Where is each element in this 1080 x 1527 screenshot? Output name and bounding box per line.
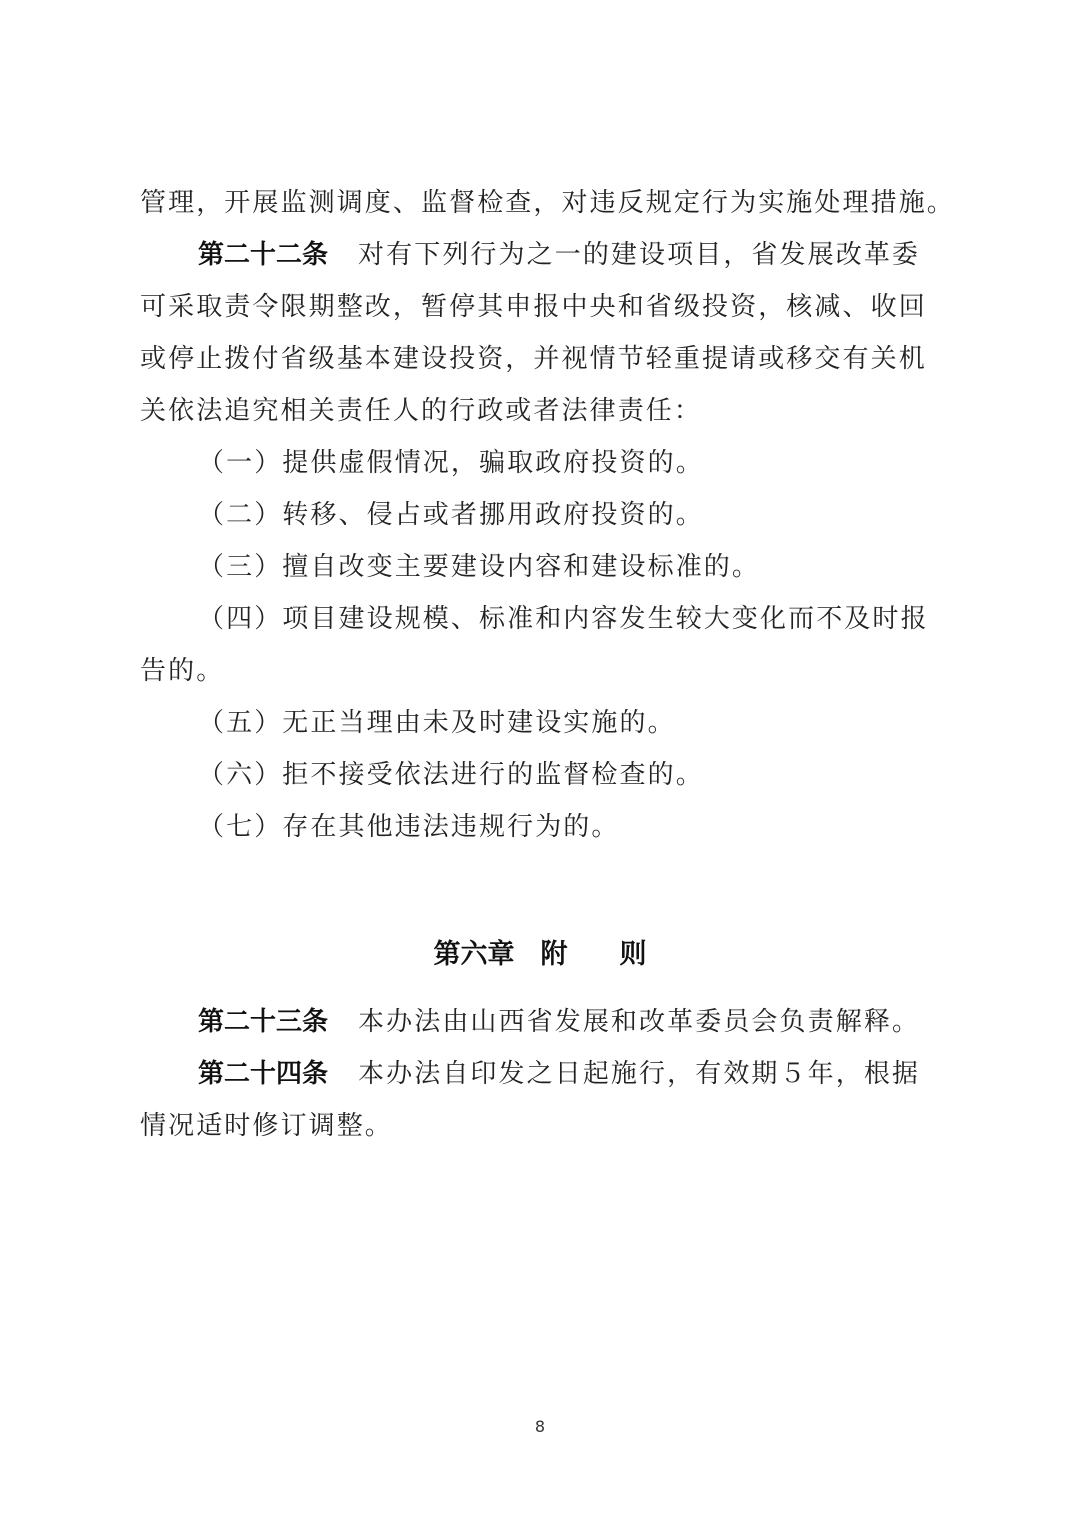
chapter-title: 第六章 (434, 939, 515, 970)
article-22-first-line: 第二十二条对有下列行为之一的建设项目，省发展改革委 (198, 235, 1018, 275)
article-22-line-3: 或停止拨付省级基本建设投资，并视情节轻重提请或移交有关机 (140, 339, 960, 379)
article-24: 第二十四条本办法自印发之日起施行，有效期５年，根据 (198, 1054, 1018, 1094)
list-item-4: （四）项目建设规模、标准和内容发生较大变化而不及时报 (198, 599, 1018, 639)
chapter-heading: 第六章附则 (0, 935, 1080, 975)
document-page: 管理，开展监测调度、监督检查，对违反规定行为实施处理措施。 第二十二条对有下列行… (0, 0, 1080, 1527)
article-22-text: 对有下列行为之一的建设项目，省发展改革委 (358, 240, 920, 270)
list-item-4-continuation: 告的。 (140, 651, 960, 691)
article-23-label: 第二十三条 (198, 1007, 328, 1037)
chapter-word-1: 附 (541, 939, 568, 970)
article-24-text: 本办法自印发之日起施行，有效期５年，根据 (358, 1059, 920, 1089)
article-23: 第二十三条本办法由山西省发展和改革委员会负责解释。 (198, 1002, 1018, 1042)
page-number: 8 (0, 1417, 1080, 1436)
article-22-line-4: 关依法追究相关责任人的行政或者法律责任： (140, 391, 960, 431)
list-item-7: （七）存在其他违法违规行为的。 (198, 807, 1018, 847)
article-24-label: 第二十四条 (198, 1059, 328, 1089)
article-23-text: 本办法由山西省发展和改革委员会负责解释。 (358, 1007, 920, 1037)
article-22-label: 第二十二条 (198, 240, 328, 270)
list-item-2: （二）转移、侵占或者挪用政府投资的。 (198, 495, 1018, 535)
list-item-3: （三）擅自改变主要建设内容和建设标准的。 (198, 547, 1018, 587)
chapter-word-2: 则 (620, 939, 647, 970)
list-item-6: （六）拒不接受依法进行的监督检查的。 (198, 755, 1018, 795)
article-24-continuation: 情况适时修订调整。 (140, 1106, 960, 1146)
article-22-line-2: 可采取责令限期整改，暂停其申报中央和省级投资，核减、收回 (140, 287, 960, 327)
paragraph-continuation: 管理，开展监测调度、监督检查，对违反规定行为实施处理措施。 (140, 183, 960, 223)
list-item-1: （一）提供虚假情况，骗取政府投资的。 (198, 443, 1018, 483)
list-item-5: （五）无正当理由未及时建设实施的。 (198, 703, 1018, 743)
